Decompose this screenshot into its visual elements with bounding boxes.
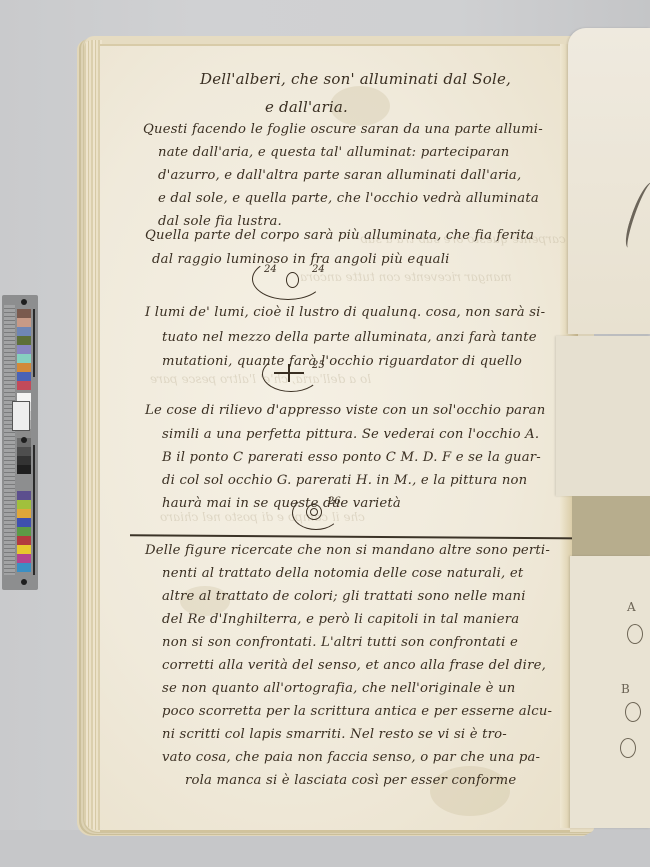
text-line: di col sol occhio G. parerati H. in M., … [162,473,527,488]
text-line: dal sole fia lustra. [158,214,282,229]
color-swatch [17,345,31,354]
text-line: non si son confrontati. L'altri tutti so… [162,635,518,650]
text-line: Le cose di rilievo d'appresso viste con … [145,403,545,418]
text-line: altre al trattato de colori; gli trattat… [162,589,526,604]
text-line: nenti al trattato della notomia delle co… [162,566,523,581]
slip-shadow [572,496,650,556]
text-line: poco scorretta per la scrittura antica e… [162,704,552,719]
text-line: se non quanto all'ortografia, che nell'o… [162,681,515,696]
strip-hole-icon [21,437,27,443]
text-line: ni scritti col lapis smarriti. Nel resto… [162,727,507,742]
slip-circle-icon [625,702,641,722]
color-swatch [17,327,31,336]
slip-circle-icon [627,624,643,644]
color-swatches-top [17,309,31,390]
text-line: e dal sole, e quella parte, che l'occhio… [158,191,539,206]
color-swatch [17,491,31,500]
text-line: simili a una perfetta pittura. Se vedera… [162,427,539,442]
strip-edge-bar [33,445,35,575]
inserted-slip-middle [556,336,650,496]
text-line: Quella parte del corpo sarà più allumina… [145,228,534,243]
text-line: corretti alla verità del senso, et anco … [162,658,546,673]
text-line: vato cosa, che paia non faccia senso, o … [162,750,540,765]
strip-hole-icon [21,299,27,305]
color-swatches-bottom [17,491,31,572]
strip-label [12,401,30,431]
text-line: B il ponto C parerati esso ponto C M. D.… [162,450,541,465]
slip-label-b: B [621,682,630,696]
color-swatch [17,500,31,509]
concentric-circle-inner-icon [310,508,318,516]
text-line: Questi facendo le foglie oscure saran da… [143,122,543,137]
text-line: nate dall'aria, e questa tal' alluminat:… [158,145,509,160]
sphere-diagram-icon [286,272,299,288]
color-swatch [17,563,31,572]
cross-diagram-icon [288,364,290,382]
background-surface [0,830,650,867]
section-heading-line2: e dall'aria. [265,98,348,116]
color-swatch [17,509,31,518]
text-line: d'azurro, e dall'altra parte saran allum… [158,168,521,183]
text-line: mutationi, quante farà l'occhio riguarda… [162,354,522,369]
color-swatch [17,527,31,536]
color-swatch [17,518,31,527]
color-swatch [17,354,31,363]
color-swatch [17,363,31,372]
color-swatch [17,372,31,381]
section-heading: Dell'alberi, che son' alluminati dal Sol… [200,70,511,88]
color-swatch [17,381,31,390]
text-line: haurà mai in se queste due varietà [162,496,401,511]
color-swatch [17,554,31,563]
inserted-slip-bottom [570,556,650,828]
text-line: rola manca si è lasciata così per esser … [185,773,516,788]
figure-reference-24: 24 24 [252,262,342,298]
figure-reference-26: 26 [292,500,362,532]
strip-hole-icon [21,579,27,585]
inserted-slip-top [568,28,650,334]
color-swatch [17,456,31,465]
color-calibration-strip [2,295,38,590]
grayscale-ruler [4,305,15,575]
color-swatch [17,318,31,327]
text-line: I lumi de' lumi, cioè il lustro di qualu… [145,305,545,320]
color-swatch [17,447,31,456]
slip-label-a: A [627,600,636,614]
color-swatch [17,465,31,474]
text-line: Delle figure ricercate che non si mandan… [145,543,550,558]
text-line: del Re d'Inghilterra, e però li capitoli… [162,612,519,627]
color-swatch [17,536,31,545]
slip-circle-icon [620,738,636,758]
color-swatch [17,545,31,554]
color-swatch [17,336,31,345]
text-line: tuato nel mezzo della parte alluminata, … [162,330,537,345]
strip-edge-bar [33,309,35,377]
figure-reference-25: 25 [262,362,342,392]
color-swatch [17,309,31,318]
